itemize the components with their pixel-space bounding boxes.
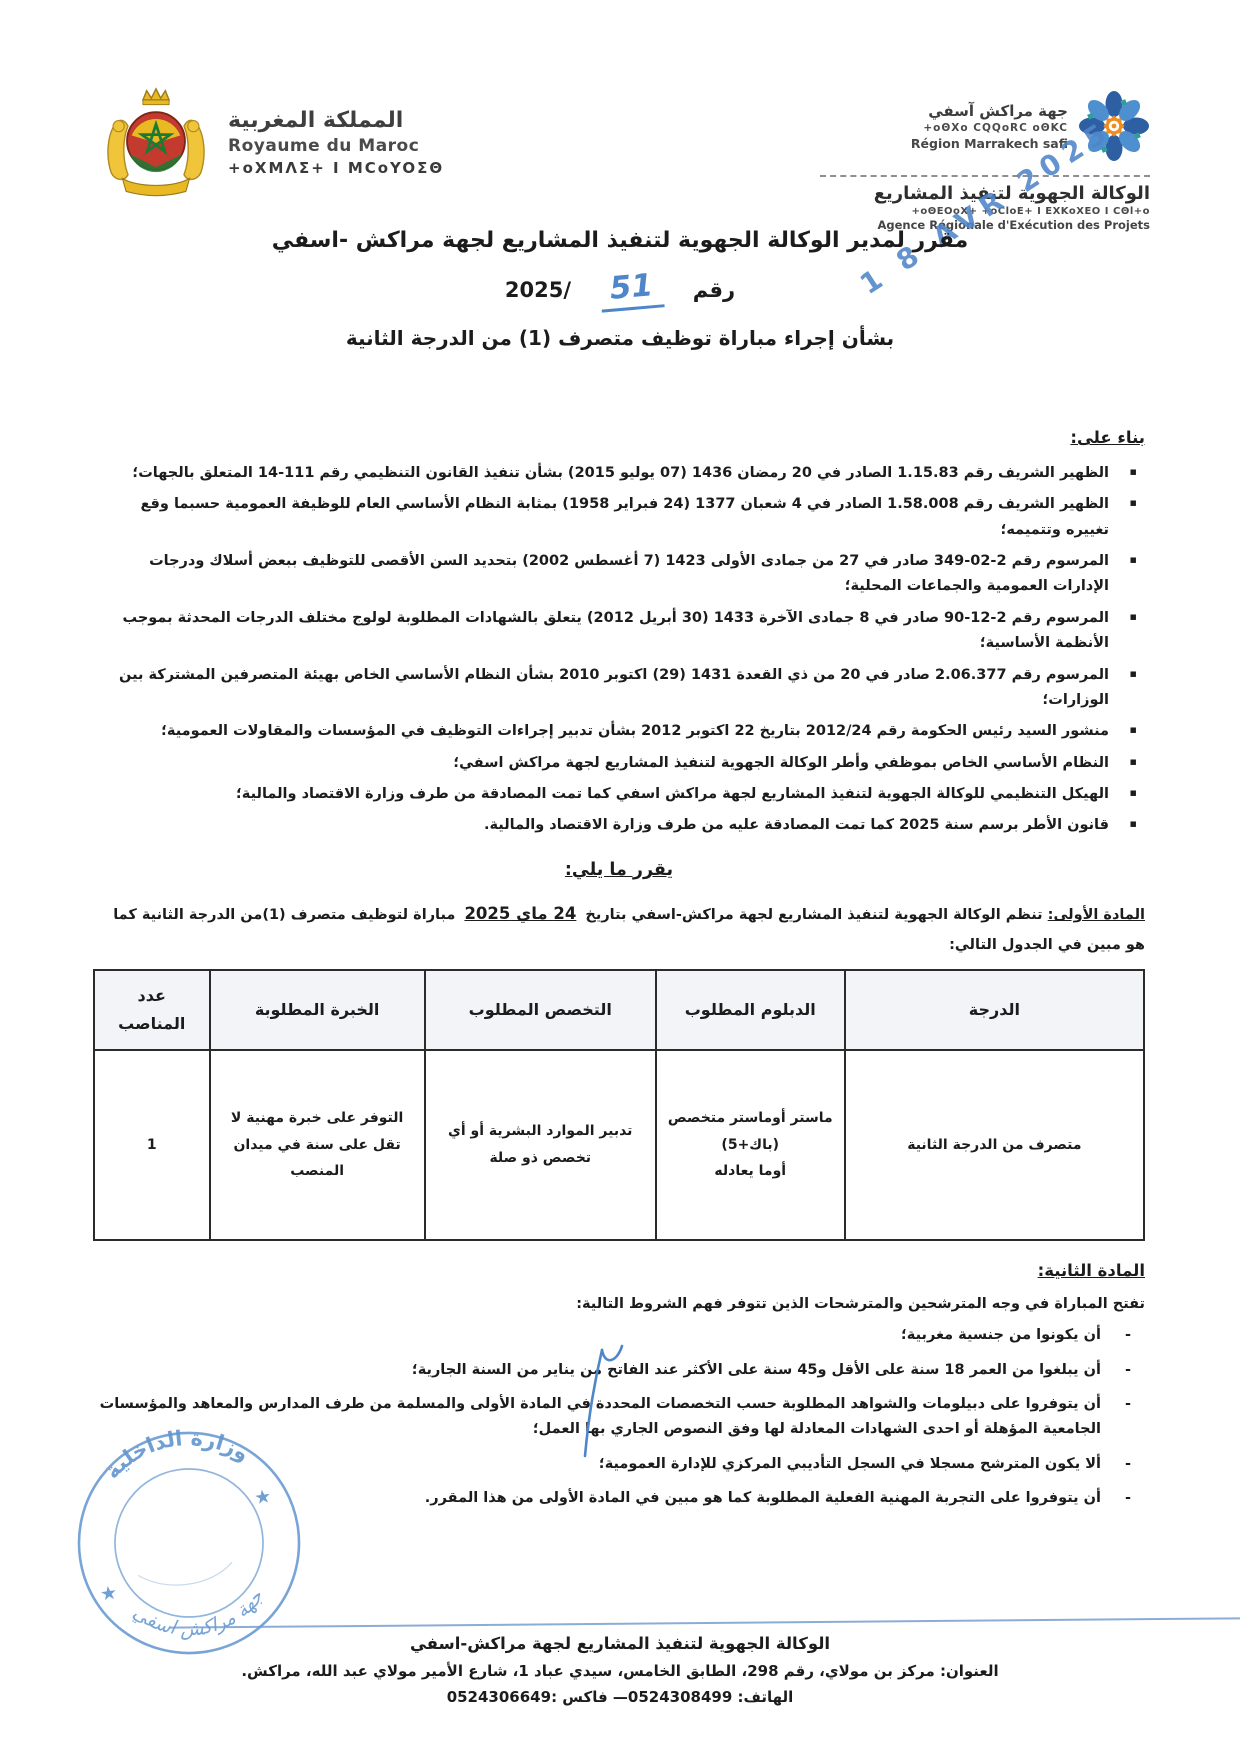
decision-heading-line: يقرر ما يلي:	[93, 855, 1145, 886]
cell-experience: التوفر على خبرة مهنية لا تقل على سنة في …	[210, 1050, 425, 1240]
kingdom-name-arabic: المملكة المغربية	[228, 108, 444, 133]
column-header-experience: الخبرة المطلوبة	[210, 970, 425, 1050]
kingdom-name-tifinagh: +oXMΛΣ+ I MCoYOΣΘ	[228, 159, 444, 177]
column-header-diploma: الدبلوم المطلوب	[656, 970, 845, 1050]
column-header-grade: الدرجة	[845, 970, 1144, 1050]
region-name-arabic: جهة مراكش آسفي	[820, 102, 1068, 120]
coat-of-arms-icon	[100, 86, 212, 198]
stamp-top-text: وزارة الداخلية	[96, 1418, 256, 1485]
article-1-paragraph: المادة الأولى: تنظم الوكالة الجهوية لتنف…	[93, 897, 1145, 961]
kingdom-header: المملكة المغربية Royaume du Maroc +oXMΛΣ…	[100, 86, 444, 198]
number-label: رقم	[693, 278, 735, 302]
title-block: مقرر لمدير الوكالة الجهوية لتنفيذ المشار…	[0, 228, 1240, 350]
footer-address: العنوان: مركز بن مولاي، رقم 298، الطابق …	[0, 1662, 1240, 1680]
column-header-positions: عدد المناصب	[94, 970, 210, 1050]
preamble-item: النظام الأساسي الخاص بموظفي وأطر الوكالة…	[93, 751, 1145, 776]
table-header-row: الدرجة الدبلوم المطلوب التخصص المطلوب ال…	[94, 970, 1144, 1050]
article-1-text-before: تنظم الوكالة الجهوية لتنفيذ المشاريع لجه…	[580, 907, 1047, 923]
ministry-round-stamp-icon: وزارة الداخلية جهة مراكش اسفي ★ ★	[64, 1418, 314, 1668]
svg-text:★: ★	[99, 1582, 119, 1606]
decision-number-line: رقم 51 /2025	[0, 269, 1240, 310]
svg-text:★: ★	[253, 1485, 273, 1509]
preamble-item: المرسوم رقم 2-02-349 صادر في 27 من جمادى…	[93, 549, 1145, 600]
region-name-tifinagh: +oΘXo CQQoRC oΘKC	[820, 122, 1068, 134]
decision-title: مقرر لمدير الوكالة الجهوية لتنفيذ المشار…	[0, 228, 1240, 253]
preamble-item: الهيكل التنظيمي للوكالة الجهوية لتنفيذ ا…	[93, 782, 1145, 807]
column-header-specialty: التخصص المطلوب	[425, 970, 656, 1050]
preamble-item: المرسوم رقم 2-12-90 صادر في 8 جمادى الآخ…	[93, 606, 1145, 657]
table-row: متصرف من الدرجة الثانية ماستر أوماستر مت…	[94, 1050, 1144, 1240]
preamble-item: منشور السيد رئيس الحكومة رقم 2012/24 بتا…	[93, 719, 1145, 744]
cell-grade: متصرف من الدرجة الثانية	[845, 1050, 1144, 1240]
vacancy-table: الدرجة الدبلوم المطلوب التخصص المطلوب ال…	[93, 969, 1145, 1241]
cell-diploma: ماستر أوماستر متخصص (باك+5) أوما يعادله	[656, 1050, 845, 1240]
handwritten-decision-number: 51	[599, 266, 665, 312]
svg-text:وزارة الداخلية: وزارة الداخلية	[96, 1418, 256, 1485]
footer-rule	[170, 1617, 1240, 1628]
footer-organization: الوكالة الجهوية لتنفيذ المشاريع لجهة مرا…	[0, 1634, 1240, 1653]
cell-specialty: تدبير الموارد البشرية أو أي تخصص ذو صلة	[425, 1050, 656, 1240]
pen-mark-icon	[572, 1342, 632, 1464]
footer-phone-fax: الهاتف: 0524308499— فاكس :0524306649	[0, 1688, 1240, 1706]
cell-positions-count: 1	[94, 1050, 210, 1240]
preamble-item: المرسوم رقم 2.06.377 صادر في 20 من ذي ال…	[93, 663, 1145, 714]
preamble-item: قانون الأطر برسم سنة 2025 كما تمت المصاد…	[93, 813, 1145, 838]
header-divider	[820, 175, 1150, 177]
preamble-item: الظهير الشريف رقم 1.58.008 الصادر في 4 ش…	[93, 492, 1145, 543]
article-2-heading: المادة الثانية:	[1038, 1257, 1145, 1286]
article-1-label: المادة الأولى:	[1048, 907, 1145, 923]
kingdom-name-french: Royaume du Maroc	[228, 136, 444, 156]
preamble-heading: بناء على:	[1070, 424, 1145, 453]
footer: الوكالة الجهوية لتنفيذ المشاريع لجهة مرا…	[0, 1634, 1240, 1706]
document-page: المملكة المغربية Royaume du Maroc +oXMΛΣ…	[0, 0, 1240, 1754]
decision-subject: بشأن إجراء مباراة توظيف متصرف (1) من الد…	[0, 326, 1240, 350]
decision-year: /2025	[505, 278, 571, 302]
preamble-item: الظهير الشريف رقم 1.15.83 الصادر في 20 ر…	[93, 461, 1145, 486]
competition-date: 24 ماي 2025	[460, 904, 580, 923]
decision-heading: يقرر ما يلي:	[565, 860, 673, 880]
region-name-french: Région Marrakech safi	[820, 136, 1068, 151]
preamble-list: الظهير الشريف رقم 1.15.83 الصادر في 20 ر…	[93, 461, 1145, 839]
article-2-intro: تفتح المباراة في وجه المترشحين والمترشحا…	[93, 1292, 1145, 1317]
